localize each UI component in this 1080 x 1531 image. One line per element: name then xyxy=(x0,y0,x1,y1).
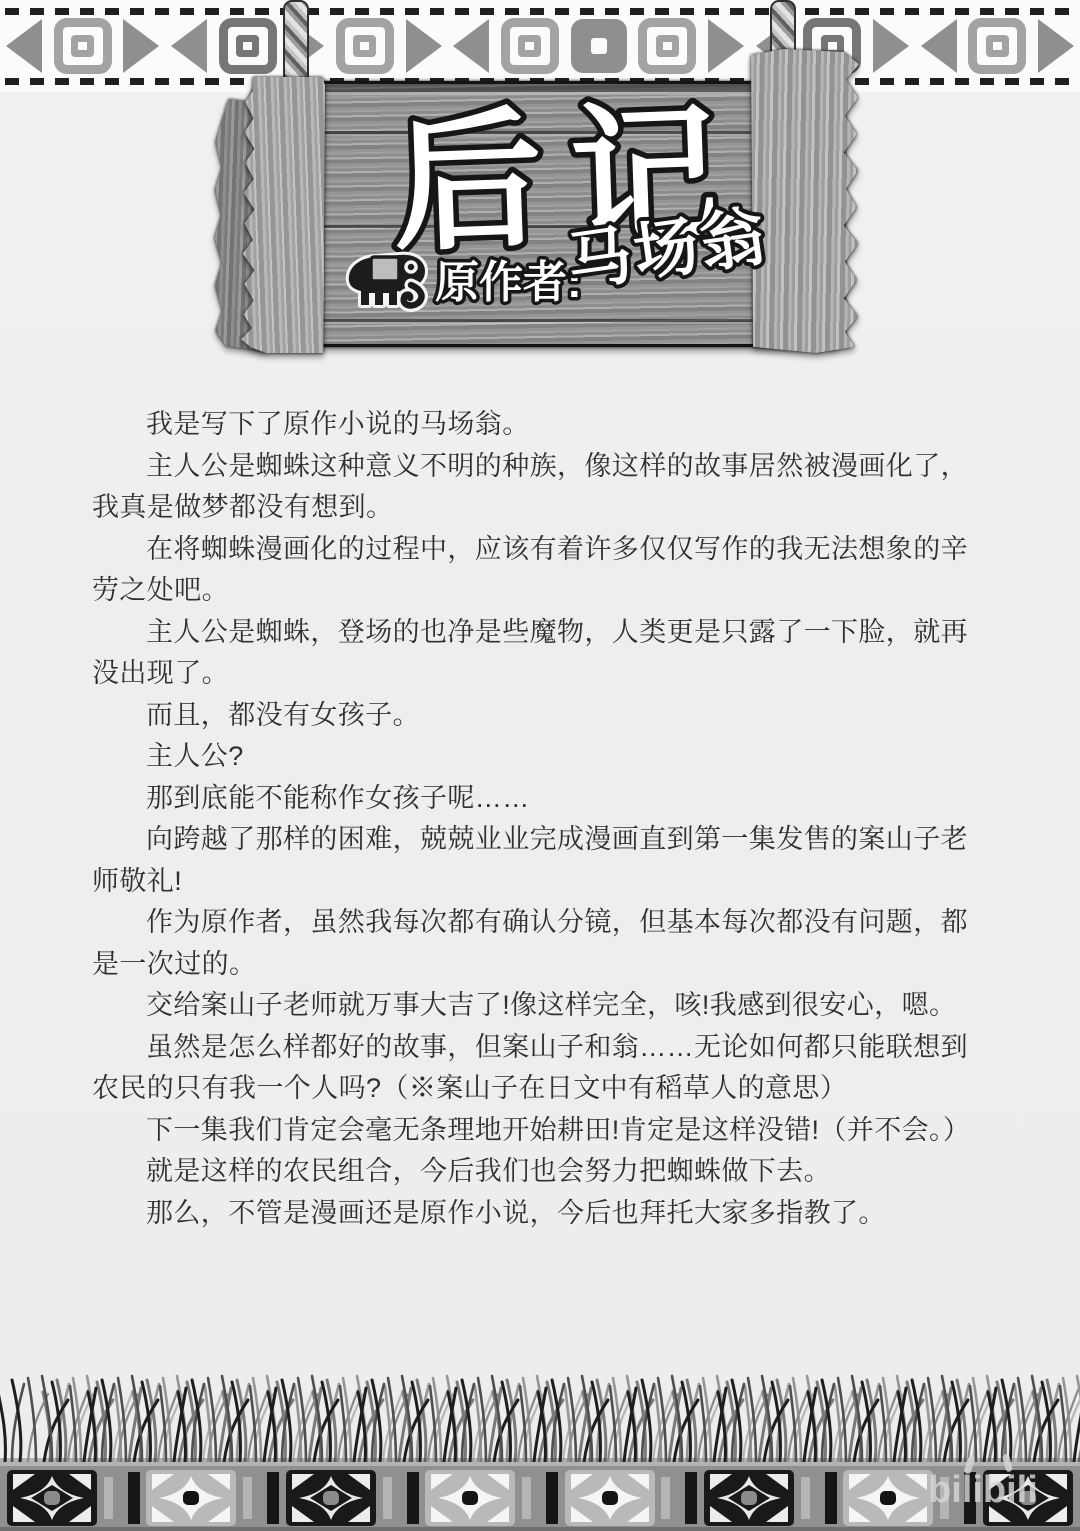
afterword-paragraph: 虽然是怎么样都好的故事，但案山子和翁……无论如何都只能联想到农民的只有我一个人吗… xyxy=(92,1027,992,1110)
tribal-cell-dark xyxy=(6,1469,98,1527)
grass-border xyxy=(0,1372,1080,1462)
afterword-paragraph: 我是写下了原作小说的马场翁。 xyxy=(92,404,992,446)
tribal-cell-dark xyxy=(703,1469,795,1527)
tri-left-shape xyxy=(921,19,957,73)
afterword-paragraph: 那到底能不能称作女孩子呢…… xyxy=(92,778,992,820)
tri-left-shape xyxy=(6,19,42,73)
strip-separator xyxy=(243,1472,279,1524)
strip-separator xyxy=(661,1472,697,1524)
tri-left-shape xyxy=(171,19,207,73)
tri-right-shape xyxy=(873,19,909,73)
afterword-body: 我是写下了原作小说的马场翁。主人公是蜘蛛这种意义不明的种族，像这样的故事居然被漫… xyxy=(92,404,992,1234)
tribal-cell-light xyxy=(564,1469,656,1527)
afterword-paragraph: 下一集我们肯定会毫无条理地开始耕田!肯定是这样没错!（并不会。） xyxy=(92,1110,992,1152)
wooden-sign: 后记 原作者: 马场翁 xyxy=(213,55,873,353)
strip-separator xyxy=(522,1472,558,1524)
bilibili-logo-text: bilibili xyxy=(928,1469,1038,1511)
elephant-icon xyxy=(349,255,425,306)
strip-separator xyxy=(104,1472,140,1524)
afterword-paragraph: 就是这样的农民组合，今后我们也会努力把蜘蛛做下去。 xyxy=(92,1151,992,1193)
afterword-paragraph: 主人公是蜘蛛这种意义不明的种族，像这样的故事居然被漫画化了，我真是做梦都没有想到… xyxy=(92,446,992,529)
bilibili-watermark: bilibili xyxy=(926,1452,1066,1516)
afterword-paragraph: 向跨越了那样的困难，兢兢业业完成漫画直到第一集发售的案山子老师敬礼! xyxy=(92,819,992,902)
dashed-line-top xyxy=(5,8,1075,15)
afterword-paragraph: 主人公? xyxy=(92,736,992,778)
afterword-paragraph: 而且，都没有女孩子。 xyxy=(92,695,992,737)
afterword-paragraph: 主人公是蜘蛛，登场的也净是些魔物，人类更是只露了一下脸，就再没出现了。 xyxy=(92,612,992,695)
square-light-shape xyxy=(968,18,1026,74)
sign-text-layer: 后记 原作者: 马场翁 xyxy=(213,55,873,353)
afterword-page: 后记 原作者: 马场翁 我是写下了原作小说的马场翁。主人公是蜘蛛这种意义不明的种… xyxy=(0,0,1080,1531)
afterword-paragraph: 作为原作者，虽然我每次都有确认分镜，但基本每次都没有问题，都是一次过的。 xyxy=(92,902,992,985)
tribal-cell-dark xyxy=(285,1469,377,1527)
tribal-cell-light xyxy=(842,1469,934,1527)
tribal-cell-light xyxy=(145,1469,237,1527)
square-light-shape xyxy=(54,18,112,74)
bottom-border-cells xyxy=(6,1469,1074,1527)
bottom-tribal-border xyxy=(0,1458,1080,1531)
afterword-paragraph: 交给案山子老师就万事大吉了!像这样完全，咳!我感到很安心，嗯。 xyxy=(92,985,992,1027)
tri-right-shape xyxy=(1038,19,1074,73)
strip-separator xyxy=(383,1472,419,1524)
afterword-paragraph: 在将蜘蛛漫画化的过程中，应该有着许多仅仅写作的我无法想象的辛劳之处吧。 xyxy=(92,529,992,612)
sign-author-label: 原作者: xyxy=(435,258,582,307)
tri-right-shape xyxy=(123,19,159,73)
afterword-paragraph: 那么，不管是漫画还是原作小说，今后也拜托大家多指教了。 xyxy=(92,1193,992,1235)
tribal-cell-light xyxy=(424,1469,516,1527)
strip-separator xyxy=(801,1472,837,1524)
